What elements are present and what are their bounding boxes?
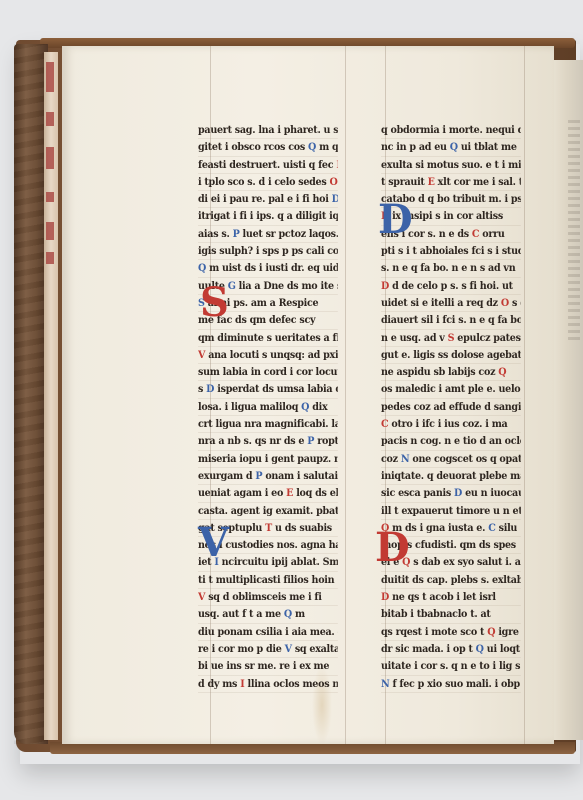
manuscript-line: exulta si motus suo. e t i mia (381, 157, 521, 174)
manuscript-line: i tplo sco s. d i celo sedes O (198, 174, 338, 191)
manuscript-line: coz N one cogscet os q opat (381, 451, 521, 468)
manuscript-line: os maledic i amt ple e. uelo (381, 381, 521, 398)
manuscript-line: s D isperdat ds umsa labia do (198, 381, 338, 398)
manuscript-line: itrigat i fi i ips. q a diligit iq co (198, 208, 338, 225)
manuscript-line: iniqtate. q deuorat plebe ma (381, 468, 521, 485)
manuscript-line: exurgam d P onam i salutai fio (198, 468, 338, 485)
red-edge-mark (46, 112, 54, 126)
red-edge-mark (46, 147, 54, 169)
red-edge-mark (46, 222, 54, 240)
manuscript-line: N f fec p xio suo mali. i obp (381, 676, 521, 693)
manuscript-line: diu ponam csilia i aia mea. dolo (198, 624, 338, 641)
manuscript-line: pacis n cog. n e tio d an oclo (381, 433, 521, 450)
manuscript-line: C otro i ifc i ius coz. i ma (381, 416, 521, 433)
manuscript-line: nra a nb s. qs nr ds e P ropt (198, 433, 338, 450)
decorated-initial-s: S (200, 283, 229, 323)
manuscript-line: pauert sag. lna i pharet. u sa (198, 122, 338, 139)
manuscript-line: crt ligua nra magnificabi. labi (198, 416, 338, 433)
manuscript-line: n e usq. ad v S epulcz pates e (381, 330, 521, 347)
manuscript-line: casta. agent ig examit. pbat fre p (198, 503, 338, 520)
page-edge-strip (44, 52, 58, 740)
manuscript-line: s. n e q fa bo. n e n s ad vn (381, 260, 521, 277)
manuscript-line: losa. i ligua maliloq Q dix (198, 399, 338, 416)
red-edge-mark (46, 62, 54, 92)
decorated-initial-d-blue: D (378, 200, 413, 240)
manuscript-line: igis sulph? i sps p ps cali coz. (198, 243, 338, 260)
manuscript-line: sum labia in cord i cor locuti (198, 364, 338, 381)
manuscript-line: d dy ms I llina oclos meos neu (198, 676, 338, 693)
decorated-initial-u: V (198, 523, 229, 563)
manuscript-line: dr sic mada. i op t Q ui loqt (381, 641, 521, 658)
manuscript-line: duitit ds cap. plebs s. exltab (381, 572, 521, 589)
manuscript-line: usq. aut f t a me Q m (198, 606, 338, 623)
manuscript-line: re i cor mo p die V sq exalta (198, 641, 338, 658)
manuscript-line: sic esca panis D eu n iuocauert (381, 485, 521, 502)
manuscript-line: qm diminute s ueritates a filis ho (198, 330, 338, 347)
manuscript-line: gut e. ligis ss dolose agebat. ve (381, 347, 521, 364)
manuscript-line: nc in p ad eu Q ui tblat me (381, 139, 521, 156)
manuscript-line: V sq d oblimsceis me i fi (198, 589, 338, 606)
manuscript-line: ueniat agam i eo E loq ds eloq (198, 485, 338, 502)
manuscript-line: D ne qs t acob i let isrl (381, 589, 521, 606)
manuscript-line: ill t expauerut timore u n et tior (381, 503, 521, 520)
red-edge-mark (46, 192, 54, 202)
manuscript-line: t sprauit E xlt cor me i sal. t (381, 174, 521, 191)
manuscript-line: aias s. P luet sr pctoz laqos. (198, 226, 338, 243)
manuscript-line: miseria iopu i gent paupz. nc (198, 451, 338, 468)
manuscript-line: feasti destruert. uisti q fec D o (198, 157, 338, 174)
manuscript-line: V ana locuti s unqsq: ad pxi (198, 347, 338, 364)
manuscript-line: di ei i pau re. pal e i fi hoi D o (198, 191, 338, 208)
manuscript-line: pedes coz ad effude d sangie (381, 399, 521, 416)
manuscript-line: bitab i tbabnaclo t. at (381, 606, 521, 623)
manuscript-line: diauert sil i fci s. n e q fa bo (381, 312, 521, 329)
manuscript-line: D d de celo p s. s fi hoi. ut (381, 278, 521, 295)
red-edge-mark (46, 252, 54, 264)
manuscript-line: q obdormia i morte. nequi di (381, 122, 521, 139)
left-text-column: pauert sag. lna i pharet. u sagitet i ob… (198, 122, 350, 693)
manuscript-line: gitet i obsco rcos cos Q m q y (198, 139, 338, 156)
manuscript-line: Q m uist ds i iusti dr. eq uid (198, 260, 338, 277)
manuscript-line: uidet si e itelli a req dz O s d (381, 295, 521, 312)
manuscript-line: uitate i cor s. q n e to i lig s (381, 658, 521, 675)
decorated-initial-d-red: D (375, 528, 410, 568)
manuscript-line: qs rqest i mote sco t Q igre (381, 624, 521, 641)
manuscript-line: ti t multiplicasti filios hoin (198, 572, 338, 589)
adjacent-page-edge (554, 60, 583, 740)
manuscript-line: pti s i t abhoiales fci s i studis (381, 243, 521, 260)
book-spine (14, 44, 48, 744)
manuscript-line: bi ue ins sr me. re i ex me (198, 658, 338, 675)
manuscript-line: ne aspidu sb labijs coz Q (381, 364, 521, 381)
